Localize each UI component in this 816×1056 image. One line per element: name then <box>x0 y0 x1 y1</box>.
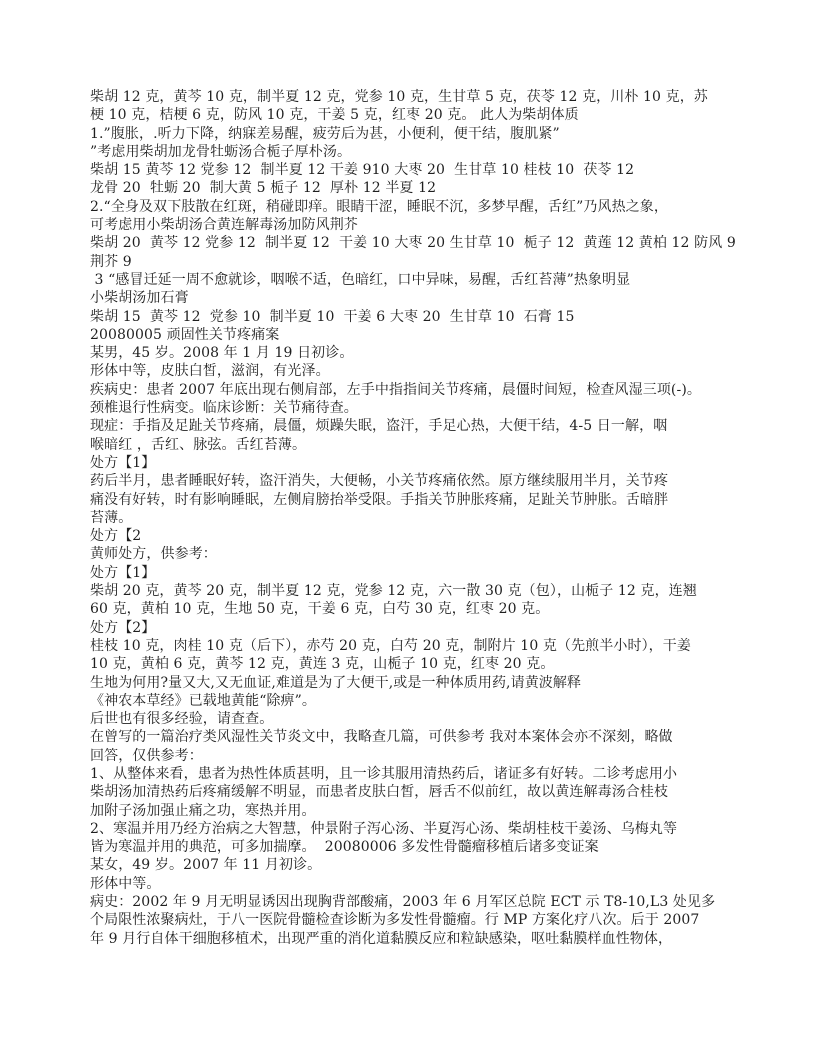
text-line: 柴胡 15 黄芩 12 党参 12 制半夏 12 干姜 910 大枣 20 生甘… <box>90 161 735 179</box>
text-line: 加附子汤加强止痛之功，寒热并用。 <box>90 802 735 820</box>
text-line: 20080005 顽固性关节疼痛案 <box>90 326 735 344</box>
text-line: 梗 10 克，桔梗 6 克，防风 10 克，干姜 5 克，红枣 20 克。 此人… <box>90 106 735 124</box>
text-line: 3 “感冒迁延一周不愈就诊，咽喉不适，色暗红，口中异味，易醒，舌红苔薄”热象明显 <box>90 271 735 289</box>
text-line: 生地为何用?量又大,又无血证,难道是为了大便干,或是一种体质用药,请黄波解释 <box>90 674 735 692</box>
text-line: 颈椎退行性病变。临床诊断：关节痛待查。 <box>90 399 735 417</box>
text-line: 个局限性浓聚病灶，于八一医院骨髓检查诊断为多发性骨髓瘤。行 MP 方案化疗八次。… <box>90 911 735 929</box>
text-line: 药后半月，患者睡眠好转，盗汗消失，大便畅，小关节疼痛依然。原方继续服用半月，关节… <box>90 472 735 490</box>
text-line: 回答，仅供参考： <box>90 747 735 765</box>
text-line: 后世也有很多经验，请查查。 <box>90 710 735 728</box>
text-line: 柴胡汤加清热药后疼痛缓解不明显，而患者皮肤白皙，唇舌不似前红，故以黄连解毒汤合桂… <box>90 783 735 801</box>
text-line: 龙骨 20 牡蛎 20 制大黄 5 栀子 12 厚朴 12 半夏 12 <box>90 179 735 197</box>
text-line: 荆芥 9 <box>90 253 735 271</box>
text-line: 喉暗红 ，舌红、脉弦。舌红苔薄。 <box>90 436 735 454</box>
text-line: 柴胡 20 克，黄芩 20 克，制半夏 12 克，党参 12 克，六一散 30 … <box>90 582 735 600</box>
text-line: 形体中等，皮肤白皙，滋润，有光泽。 <box>90 362 735 380</box>
text-line: 60 克，黄柏 10 克，生地 50 克，干姜 6 克，白芍 30 克，红枣 2… <box>90 600 735 618</box>
text-line: 处方【2】 <box>90 619 735 637</box>
text-line: 柴胡 20 黄芩 12 党参 12 制半夏 12 干姜 10 大枣 20 生甘草… <box>90 234 735 252</box>
text-line: 疾病史：患者 2007 年底出现右侧肩部，左手中指指间关节疼痛，晨僵时间短，检查… <box>90 381 735 399</box>
text-line: 皆为寒温并用的典范，可多加揣摩。 20080006 多发性骨髓瘤移植后诸多变证案 <box>90 838 735 856</box>
text-line: 现症：手指及足趾关节疼痛，晨僵，烦躁失眠，盗汗，手足心热，大便干结，4-5 日一… <box>90 417 735 435</box>
text-line: 处方【1】 <box>90 454 735 472</box>
text-line: 小柴胡汤加石膏 <box>90 289 735 307</box>
text-line: 2.“全身及双下肢散在红斑，稍碰即痒。眼睛干涩，睡眠不沉，多梦早醒，舌红”乃风热… <box>90 198 735 216</box>
text-line: 年 9 月行自体干细胞移植术，出现严重的消化道黏膜反应和粒缺感染，呕吐黏膜样血性… <box>90 930 735 948</box>
document-text: 柴胡 12 克，黄芩 10 克，制半夏 12 克，党参 10 克，生甘草 5 克… <box>90 88 735 948</box>
text-line: 处方【1】 <box>90 564 735 582</box>
text-line: 2、寒温并用乃经方治病之大智慧，仲景附子泻心汤、半夏泻心汤、柴胡桂枝干姜汤、乌梅… <box>90 820 735 838</box>
text-line: 1.”腹胀，.听力下降，纳寐差易醒，疲劳后为甚，小便利，便干结，腹肌紧” <box>90 125 735 143</box>
text-line: 形体中等。 <box>90 875 735 893</box>
text-line: 病史：2002 年 9 月无明显诱因出现胸背部酸痛，2003 年 6 月军区总院… <box>90 893 735 911</box>
text-line: 可考虑用小柴胡汤合黄连解毒汤加防风荆芥 <box>90 216 735 234</box>
text-line: 某男，45 岁。2008 年 1 月 19 日初诊。 <box>90 344 735 362</box>
text-line: 1、从整体来看，患者为热性体质甚明，且一诊其服用清热药后，诸证多有好转。二诊考虑… <box>90 765 735 783</box>
text-line: 桂枝 10 克，肉桂 10 克（后下），赤芍 20 克，白芍 20 克，制附片 … <box>90 637 735 655</box>
text-line: 痛没有好转，时有影响睡眠，左侧肩膀抬举受限。手指关节肿胀疼痛，足趾关节肿胀。舌暗… <box>90 491 735 509</box>
text-line: 《神农本草经》已载地黄能“除痹”。 <box>90 692 735 710</box>
text-line: 在曾写的一篇治疗类风湿性关节炎文中，我略查几篇，可供参考 我对本案体会亦不深刻，… <box>90 728 735 746</box>
text-line: 某女，49 岁。2007 年 11 月初诊。 <box>90 856 735 874</box>
text-line: 10 克，黄柏 6 克，黄芩 12 克，黄连 3 克，山栀子 10 克，红枣 2… <box>90 655 735 673</box>
document-page: 柴胡 12 克，黄芩 10 克，制半夏 12 克，党参 10 克，生甘草 5 克… <box>0 0 816 1056</box>
text-line: ”考虑用柴胡加龙骨牡蛎汤合栀子厚朴汤。 <box>90 143 735 161</box>
text-line: 处方【2 <box>90 527 735 545</box>
text-line: 黄师处方，供参考： <box>90 545 735 563</box>
text-line: 苔薄。 <box>90 509 735 527</box>
text-line: 柴胡 12 克，黄芩 10 克，制半夏 12 克，党参 10 克，生甘草 5 克… <box>90 88 735 106</box>
text-line: 柴胡 15 黄芩 12 党参 10 制半夏 10 干姜 6 大枣 20 生甘草 … <box>90 308 735 326</box>
